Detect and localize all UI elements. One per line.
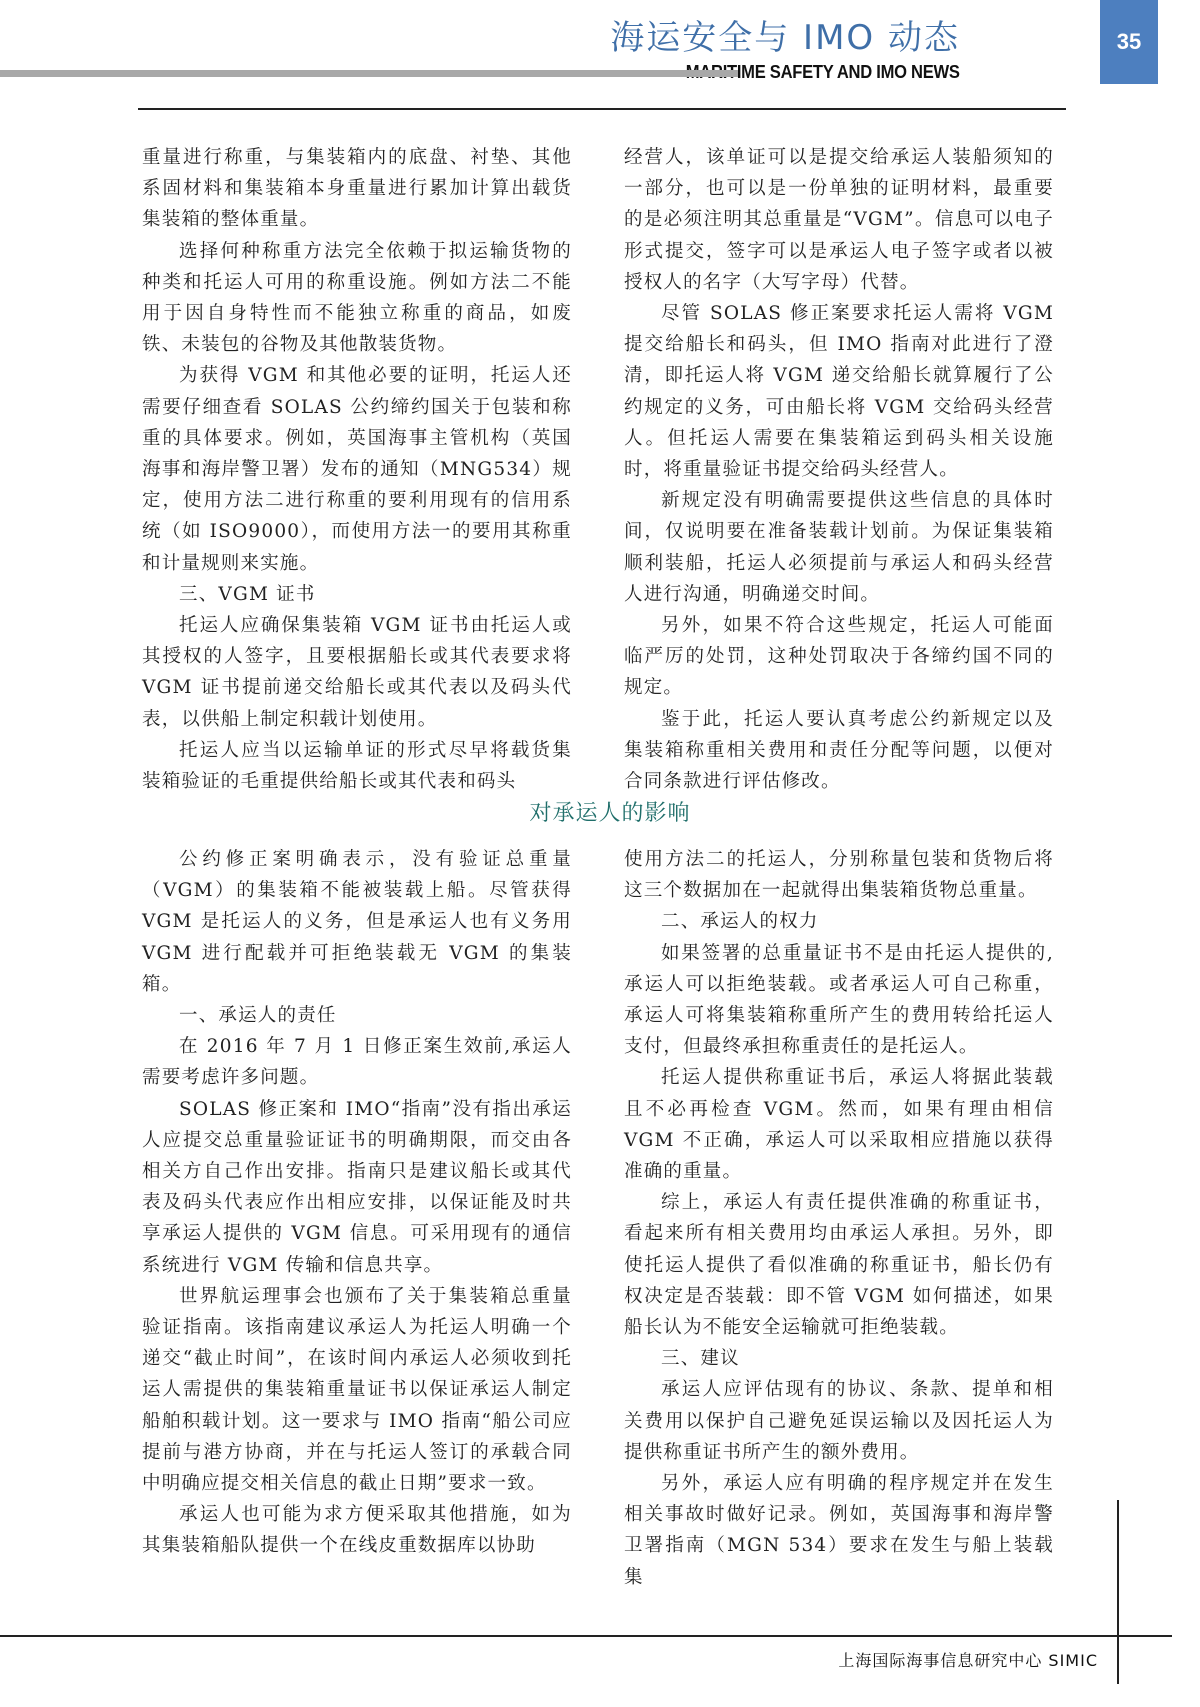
paragraph: 公约修正案明确表示，没有验证总重量（VGM）的集装箱不能被装载上船。尽管获得 V… [142, 844, 572, 1000]
paragraph: 托运人应当以运输单证的形式尽早将载货集装箱验证的毛重提供给船长或其代表和码头 [142, 735, 572, 797]
subheading: 三、建议 [624, 1343, 1054, 1374]
paragraph: 承运人应评估现有的协议、条款、提单和相关费用以保护自己避免延误运输以及因托运人为… [624, 1374, 1054, 1468]
paragraph: 新规定没有明确需要提供这些信息的具体时间，仅说明要在准备装载计划前。为保证集装箱… [624, 485, 1054, 610]
footer-vertical-rule [1117, 1500, 1119, 1684]
paragraph: 世界航运理事会也颁布了关于集装箱总重量验证指南。该指南建议承运人为托运人明确一个… [142, 1281, 572, 1499]
section-title: 对承运人的影响 [0, 796, 1200, 827]
page-number: 35 [1100, 0, 1158, 84]
header-decorative-bar [0, 70, 738, 77]
paragraph-continued: 使用方法二的托运人，分别称量包装和货物后将这三个数据加在一起就得出集装箱货物总重… [624, 844, 1054, 906]
paragraph: 选择何种称重方法完全依赖于拟运输货物的种类和托运人可用的称重设施。例如方法二不能… [142, 236, 572, 361]
paragraph: 承运人也可能为求方便采取其他措施，如为其集装箱船队提供一个在线皮重数据库以协助 [142, 1499, 572, 1561]
bottom-left-column: 公约修正案明确表示，没有验证总重量（VGM）的集装箱不能被装载上船。尽管获得 V… [142, 844, 572, 1562]
subheading: 一、承运人的责任 [142, 1000, 572, 1031]
paragraph: SOLAS 修正案和 IMO“指南”没有指出承运人应提交总重量验证证书的明确期限… [142, 1094, 572, 1281]
header-divider [138, 108, 1066, 110]
paragraph: 在 2016 年 7 月 1 日修正案生效前,承运人需要考虑许多问题。 [142, 1031, 572, 1093]
paragraph-continued: 重量进行称重，与集装箱内的底盘、衬垫、其他系固材料和集装箱本身重量进行累加计算出… [142, 142, 572, 236]
subheading: 二、承运人的权力 [624, 906, 1054, 937]
paragraph: 另外，如果不符合这些规定，托运人可能面临严厉的处罚，这种处罚取决于各缔约国不同的… [624, 610, 1054, 704]
paragraph: 托运人应确保集装箱 VGM 证书由托运人或其授权的人签字，且要根据船长或其代表要… [142, 610, 572, 735]
paragraph: 另外，承运人应有明确的程序规定并在发生相关事故时做好记录。例如，英国海事和海岸警… [624, 1468, 1054, 1593]
paragraph: 综上，承运人有责任提供准确的称重证书，看起来所有相关费用均由承运人承担。另外，即… [624, 1187, 1054, 1343]
top-left-column: 重量进行称重，与集装箱内的底盘、衬垫、其他系固材料和集装箱本身重量进行累加计算出… [142, 142, 572, 797]
paragraph: 托运人提供称重证书后，承运人将据此装载且不必再检查 VGM。然而，如果有理由相信… [624, 1062, 1054, 1187]
paragraph: 为获得 VGM 和其他必要的证明，托运人还需要仔细查看 SOLAS 公约缔约国关… [142, 360, 572, 578]
paragraph: 如果签署的总重量证书不是由托运人提供的, 承运人可以拒绝装载。或者承运人可自己称… [624, 938, 1054, 1063]
journal-title-cn: 海运安全与 IMO 动态 [610, 18, 960, 58]
paragraph-continued: 经营人，该单证可以是提交给承运人装船须知的一部分，也可以是一份单独的证明材料，最… [624, 142, 1054, 298]
bottom-right-column: 使用方法二的托运人，分别称量包装和货物后将这三个数据加在一起就得出集装箱货物总重… [624, 844, 1054, 1593]
subheading: 三、VGM 证书 [142, 579, 572, 610]
footer-divider [0, 1635, 1172, 1637]
top-right-column: 经营人，该单证可以是提交给承运人装船须知的一部分，也可以是一份单独的证明材料，最… [624, 142, 1054, 797]
publisher-name: 上海国际海事信息研究中心 SIMIC [838, 1648, 1098, 1671]
paragraph: 鉴于此，托运人要认真考虑公约新规定以及集装箱称重相关费用和责任分配等问题，以便对… [624, 704, 1054, 798]
paragraph: 尽管 SOLAS 修正案要求托运人需将 VGM 提交给船长和码头，但 IMO 指… [624, 298, 1054, 485]
